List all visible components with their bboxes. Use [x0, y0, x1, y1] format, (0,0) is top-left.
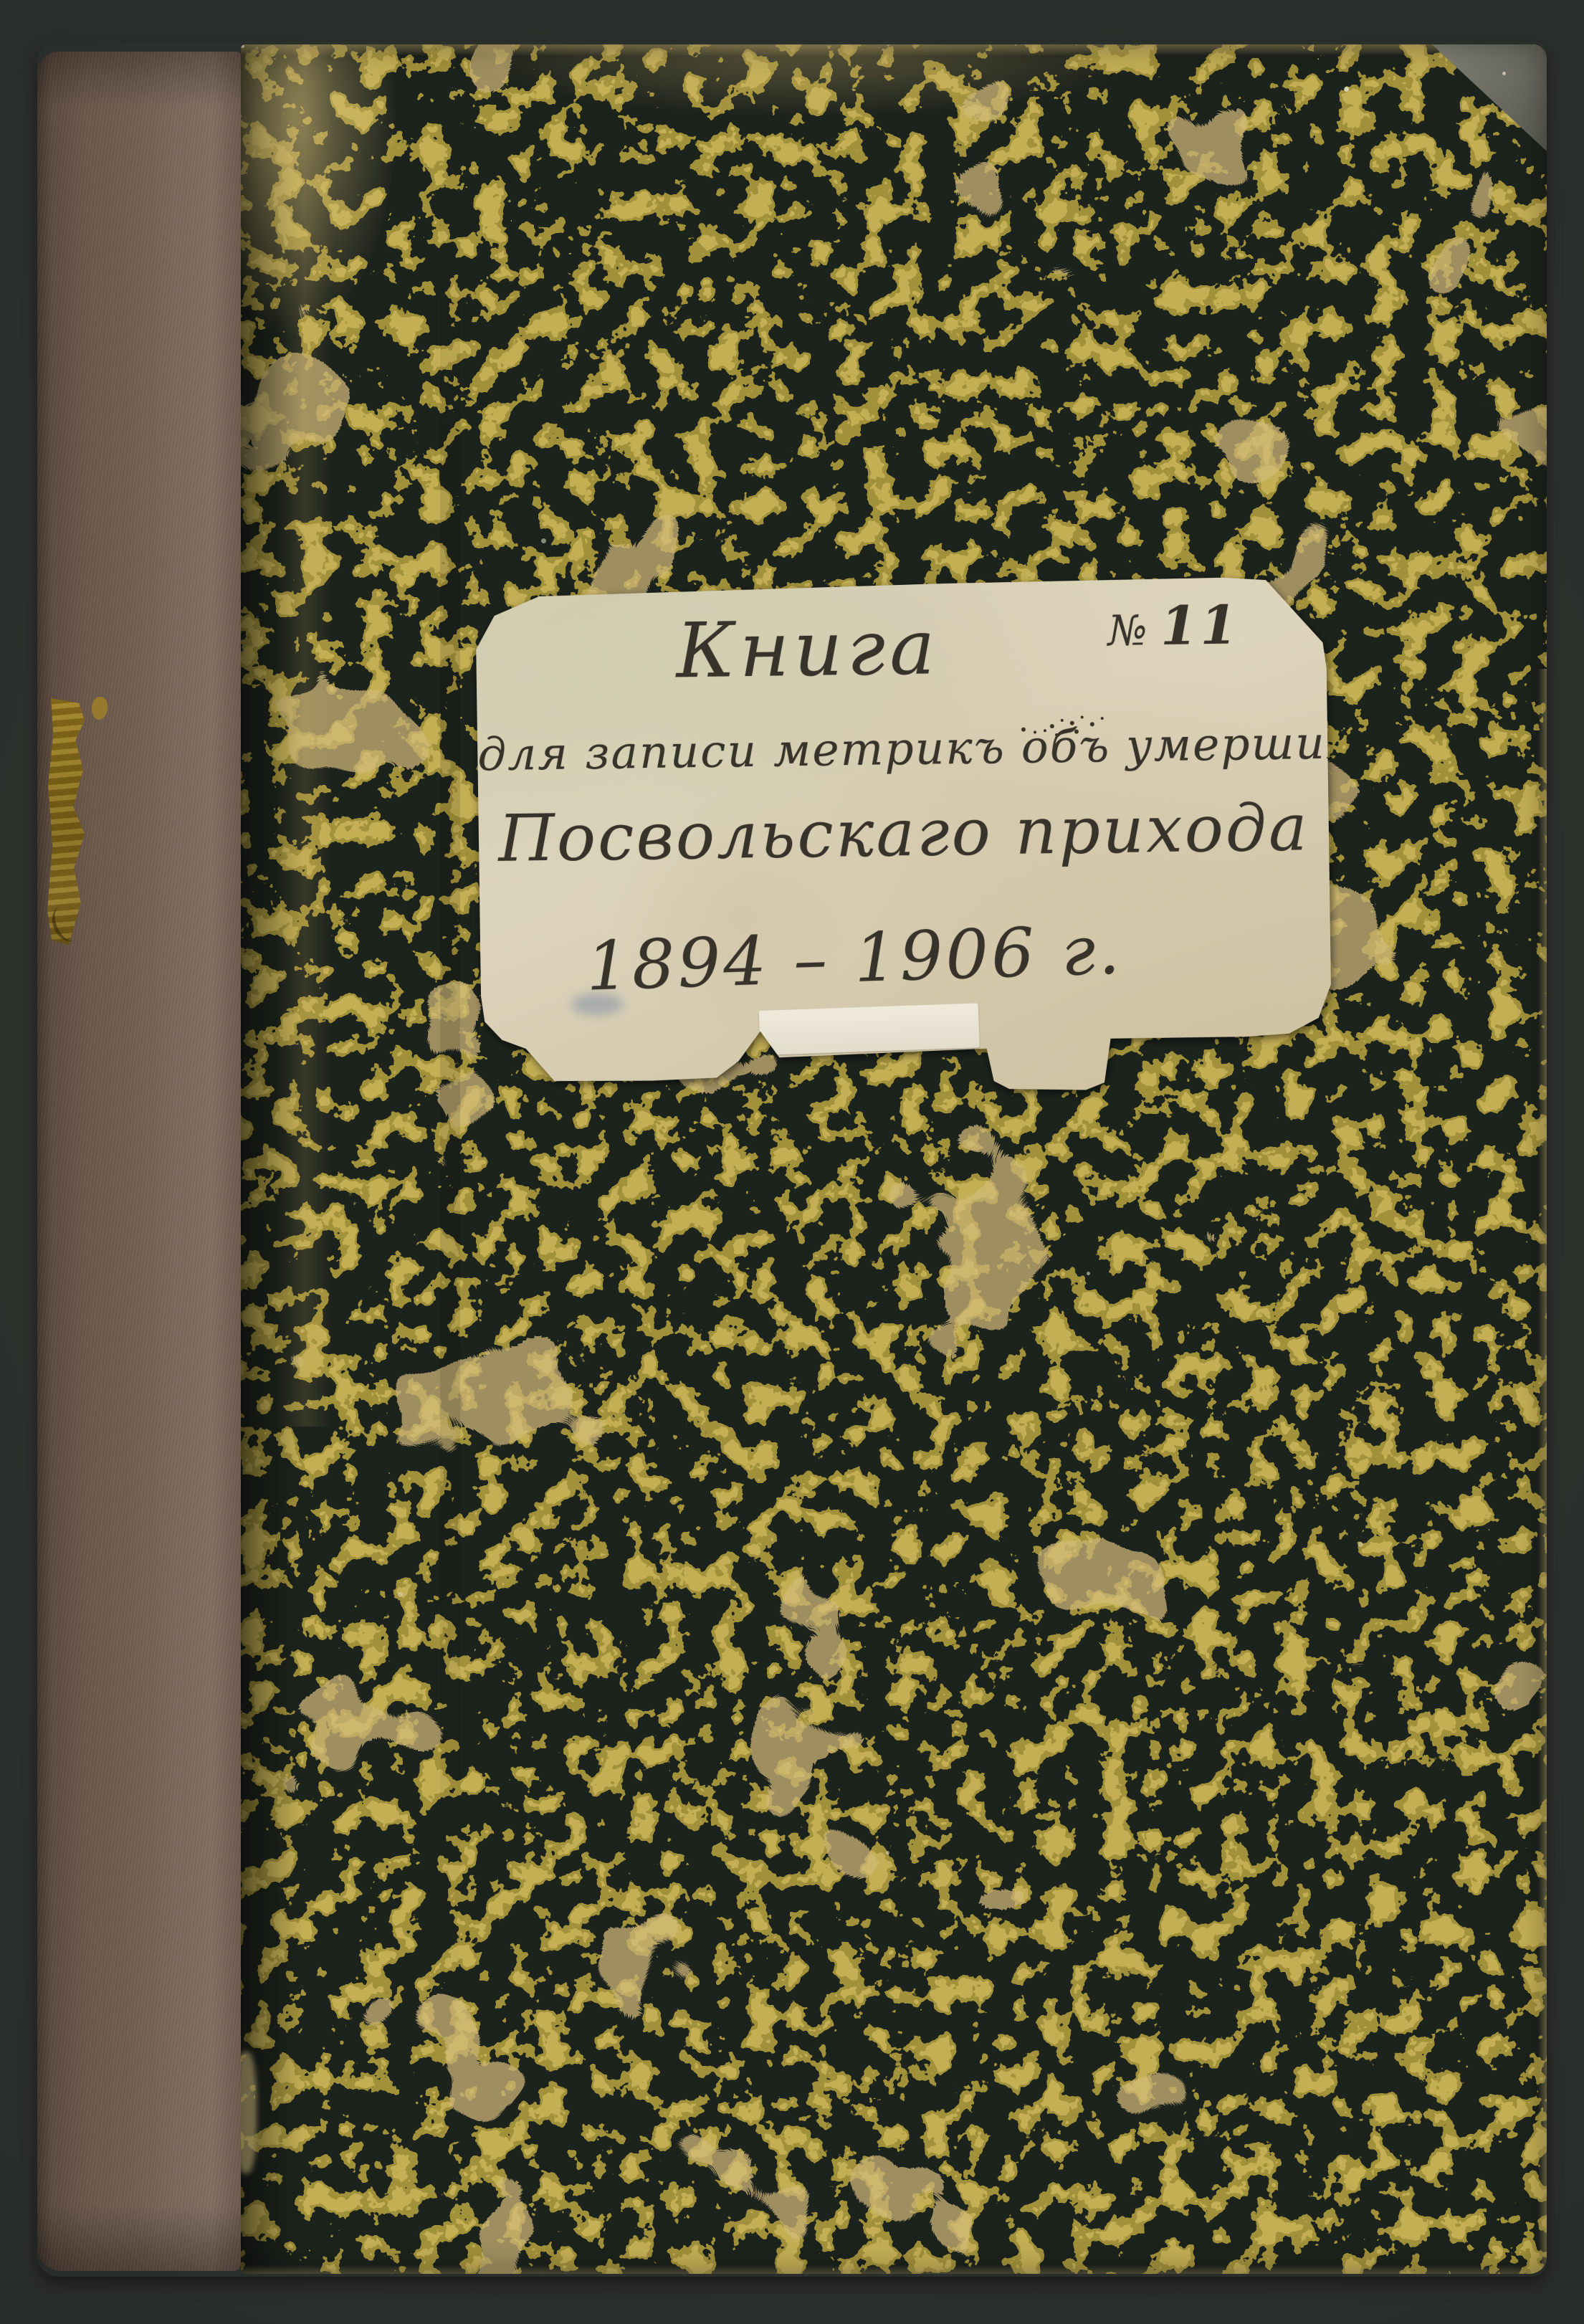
catalog-number-value: 11 [1160, 594, 1240, 657]
ink-smudge [571, 993, 623, 1015]
label-paper: № 11 Книга для записи метрикъ объ умерши… [475, 576, 1332, 1098]
cover-edge-shading [241, 44, 1547, 2274]
label-title: Книга [476, 600, 1140, 697]
spine-cloth-texture [37, 52, 241, 2271]
book-spine [37, 52, 241, 2271]
tape-strip [759, 1003, 980, 1055]
photo-background: № 11 Книга для записи метрикъ объ умерши… [0, 0, 1584, 2324]
label-parish: Посвольскаго прихода [478, 790, 1329, 877]
ink-spatter [1044, 729, 1046, 732]
label-subtitle: для записи метрикъ объ умершихъ [477, 717, 1328, 781]
label-years: 1894 – 1906 г. [530, 910, 1178, 1008]
book-cover: № 11 Книга для записи метрикъ объ умерши… [37, 42, 1547, 2277]
front-cover: № 11 Книга для записи метрикъ объ умерши… [241, 44, 1547, 2274]
paper-title-label: № 11 Книга для записи метрикъ объ умерши… [475, 576, 1332, 1098]
